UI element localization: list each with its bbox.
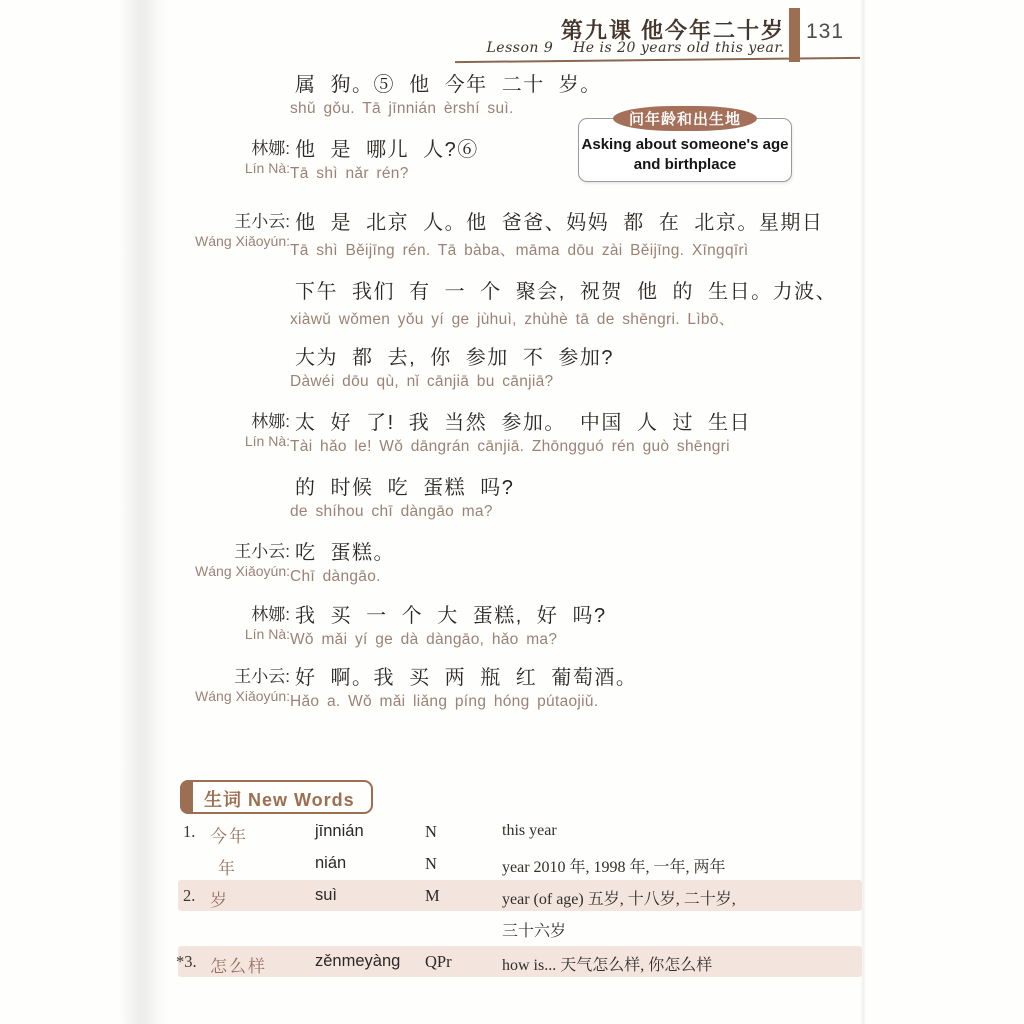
- word-pos: N: [425, 854, 437, 874]
- hanzi-text: 好 啊。我 买 两 瓶 红 葡萄酒。: [295, 661, 865, 690]
- speaker-name-pinyin: Lín Nà:: [150, 626, 290, 642]
- hanzi-text: 太 好 了! 我 当然 参加。 中国 人 过 生日: [295, 406, 865, 435]
- speaker-name-zh: 林娜:: [150, 134, 290, 159]
- hanzi-text: 他 是 哪儿 人?⑥: [295, 133, 865, 162]
- speaker-name-zh: 林娜:: [150, 407, 290, 432]
- word-hanzi: 岁: [210, 886, 229, 911]
- dialogue-line: 王小云: Wáng Xiǎoyún: 他 是 北京 人。他 爸爸、妈妈 都 在 …: [150, 206, 865, 260]
- word-pinyin: jīnnián: [315, 822, 364, 841]
- hanzi-text: 属 狗。⑤ 他 今年 二十 岁。: [295, 68, 865, 97]
- new-words-title: 生词 New Words: [204, 790, 355, 810]
- dialogue-line: 下午 我们 有 一 个 聚会, 祝贺 他 的 生日。力波、 xiàwǔ wǒme…: [150, 275, 865, 329]
- pinyin-text: xiàwǔ wǒmen yǒu yí ge jùhuì, zhùhè tā de…: [290, 307, 865, 329]
- speaker-name-pinyin: Wáng Xiǎoyún:: [150, 688, 290, 704]
- word-definition-line2: 三十六岁: [502, 918, 566, 941]
- word-hanzi: 年: [218, 854, 237, 879]
- speaker-name-zh: 王小云:: [150, 207, 290, 232]
- dialogue-line: 的 时候 吃 蛋糕 吗? de shíhou chī dàngāo ma?: [150, 471, 865, 521]
- dialogue-line: 大为 都 去, 你 参加 不 参加? Dàwéi dōu qù, nǐ cānj…: [150, 341, 865, 391]
- speaker-name-zh: 王小云:: [150, 662, 290, 687]
- word-pos: M: [425, 886, 440, 906]
- header-accent-bar: [789, 8, 800, 62]
- word-definition: year (of age) 五岁, 十八岁, 二十岁,: [502, 886, 736, 909]
- dialogue-line: 王小云: Wáng Xiǎoyún: 好 啊。我 买 两 瓶 红 葡萄酒。 Hǎ…: [150, 661, 865, 711]
- new-words-accent-bar: [180, 780, 193, 814]
- speaker-name-pinyin: Wáng Xiǎoyún:: [150, 563, 290, 579]
- word-pos: N: [425, 822, 437, 842]
- dialogue-line: 王小云: Wáng Xiǎoyún: 吃 蛋糕。 Chī dàngāo.: [150, 536, 865, 586]
- speaker-name-pinyin: Lín Nà:: [150, 160, 290, 176]
- pinyin-text: Tā shì nǎr rén?: [290, 165, 865, 183]
- lesson-title-en: Lesson 9 He is 20 years old this year.: [455, 40, 785, 56]
- word-number: *3.: [176, 952, 197, 972]
- new-word-row-continued: 三十六岁: [150, 918, 865, 948]
- pinyin-text: Tài hǎo le! Wǒ dāngrán cānjiā. Zhōngguó …: [290, 438, 865, 456]
- dialogue-line: 林娜: Lín Nà: 我 买 一 个 大 蛋糕, 好 吗? Wǒ mǎi yí…: [150, 599, 865, 649]
- new-word-row: 2. 岁 suì M year (of age) 五岁, 十八岁, 二十岁,: [150, 886, 865, 916]
- word-number: 1.: [183, 822, 195, 842]
- hanzi-text: 的 时候 吃 蛋糕 吗?: [295, 471, 865, 500]
- word-definition: year 2010 年, 1998 年, 一年, 两年: [502, 854, 726, 877]
- word-number: 2.: [183, 886, 195, 906]
- page-number: 131: [806, 20, 862, 44]
- lesson-translation: He is 20 years old this year.: [573, 40, 785, 56]
- new-words-header: 生词 New Words: [180, 780, 373, 814]
- new-word-row: 1. 今年 jīnnián N this year: [150, 822, 865, 852]
- word-hanzi: 怎么样: [210, 952, 267, 977]
- hanzi-text: 吃 蛋糕。: [295, 536, 865, 565]
- word-definition: how is... 天气怎么样, 你怎么样: [502, 952, 712, 975]
- word-pinyin: zěnmeyàng: [315, 952, 400, 971]
- pinyin-text: shǔ gǒu. Tā jīnnián èrshí suì.: [290, 100, 865, 118]
- new-word-row: *3. 怎么样 zěnmeyàng QPr how is... 天气怎么样, 你…: [150, 952, 865, 982]
- pinyin-text: Wǒ mǎi yí ge dà dàngāo, hǎo ma?: [290, 631, 865, 649]
- hanzi-text: 大为 都 去, 你 参加 不 参加?: [295, 341, 865, 370]
- pinyin-text: Dàwéi dōu qù, nǐ cānjiā bu cānjiā?: [290, 373, 865, 391]
- dialogue-line: 林娜: Lín Nà: 他 是 哪儿 人?⑥ Tā shì nǎr rén?: [150, 133, 865, 183]
- dialogue-line: 林娜: Lín Nà: 太 好 了! 我 当然 参加。 中国 人 过 生日 Tà…: [150, 406, 865, 456]
- word-hanzi: 今年: [210, 822, 248, 847]
- speaker-name-pinyin: Lín Nà:: [150, 433, 290, 449]
- pinyin-text: de shíhou chī dàngāo ma?: [290, 503, 865, 521]
- dialogue-line: 属 狗。⑤ 他 今年 二十 岁。 shǔ gǒu. Tā jīnnián èrs…: [150, 68, 865, 118]
- word-definition: this year: [502, 822, 557, 840]
- speaker-name-zh: 林娜:: [150, 600, 290, 625]
- textbook-page: 第九课 他今年二十岁 Lesson 9 He is 20 years old t…: [0, 0, 1024, 1024]
- hanzi-text: 他 是 北京 人。他 爸爸、妈妈 都 在 北京。星期日: [295, 206, 865, 235]
- lesson-label: Lesson 9: [487, 40, 554, 56]
- hanzi-text: 下午 我们 有 一 个 聚会, 祝贺 他 的 生日。力波、: [295, 275, 865, 304]
- word-pos: QPr: [425, 952, 452, 972]
- speaker-name-pinyin: Wáng Xiǎoyún:: [150, 233, 290, 249]
- pinyin-text: Chī dàngāo.: [290, 568, 865, 586]
- word-pinyin: nián: [315, 854, 346, 873]
- pinyin-text: Hǎo a. Wǒ mǎi liǎng píng hóng pútaojiǔ.: [290, 693, 865, 711]
- speaker-name-zh: 王小云:: [150, 537, 290, 562]
- pinyin-text: Tā shì Běijīng rén. Tā bàba、māma dōu zài…: [290, 238, 865, 260]
- hanzi-text: 我 买 一 个 大 蛋糕, 好 吗?: [295, 599, 865, 628]
- word-pinyin: suì: [315, 886, 337, 905]
